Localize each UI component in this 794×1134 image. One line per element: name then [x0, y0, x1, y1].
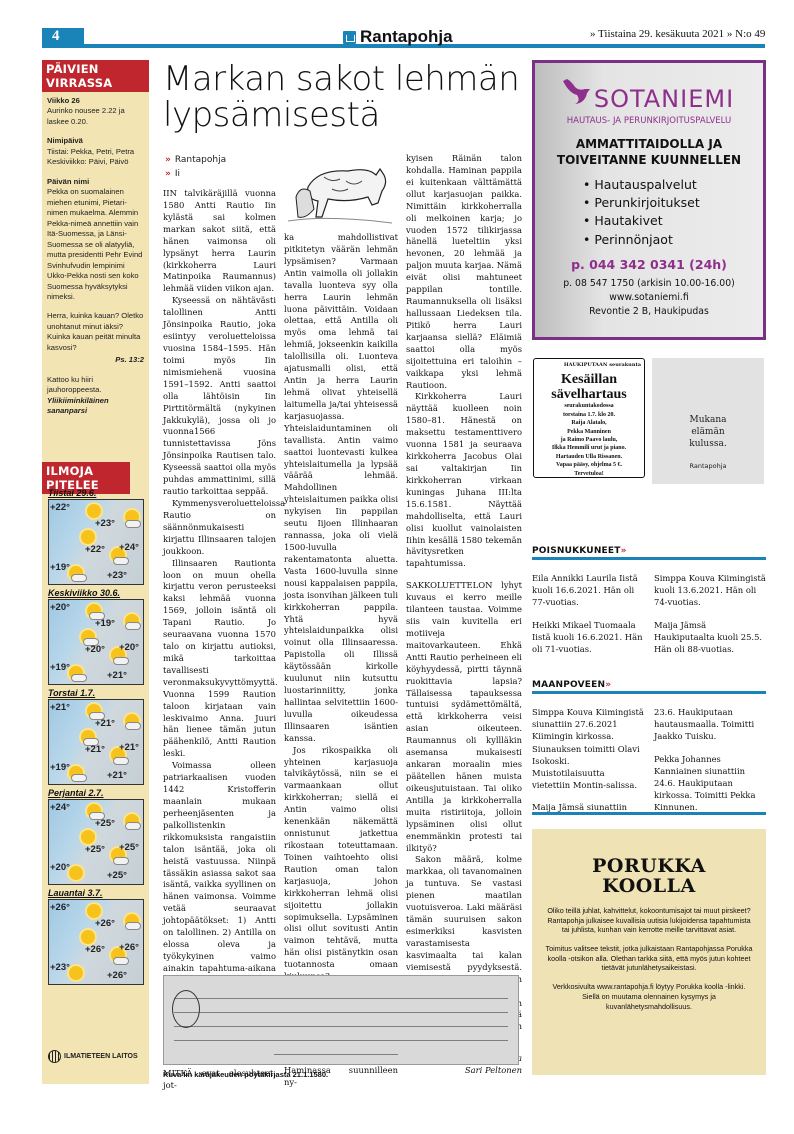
deceased-heading: POISNUKKUNEET» [532, 546, 766, 560]
temp-pudasjarvi: +23° [95, 518, 115, 529]
weather-day: Torstai 1.7. +21° +21° +21° +21° +19° +2… [42, 688, 149, 785]
logo-text: Rantapohja [360, 27, 453, 47]
house-logo-icon [343, 31, 356, 44]
cloud-icon [125, 622, 141, 630]
ad-services: Hautauspalvelut Perunkirjoitukset Hautak… [583, 176, 763, 249]
heading-text: MAANPOVEEN [532, 680, 605, 690]
weather-credit-text: ILMATIETEEN LAITOS [64, 1053, 138, 1060]
detail-line: Tervetuloa! [537, 470, 641, 478]
article-paragraph: Kirkkoherra Lauri näyttää kuolleen noin … [406, 391, 522, 570]
temp-oulu: +26° [50, 902, 70, 913]
cow-milking-illustration [288, 157, 392, 229]
detail-line: Vapaa pääsy, ohjelma 5 €. [537, 461, 641, 469]
temp-oulu: +22° [50, 502, 70, 513]
weather-map: +22° +23° +24° +22° +19° +23° [48, 499, 144, 585]
heading-text: POISNUKKUNEET [532, 546, 621, 556]
ad-slogan: AMMATTITAIDOLLA JA TOIVEITANNE KUUNNELLE… [535, 137, 763, 168]
temp-taivalkoski: +21° [119, 742, 139, 753]
byline-place: Ii [175, 169, 180, 179]
porukka-koolla-box: PORUKKA KOOLLA Oliko teillä juhlat, kahv… [532, 829, 766, 1075]
service-item: Hautakivet [583, 212, 763, 230]
detail-line: ja Raimo Paavo laulu, [537, 436, 641, 444]
nameday-heading: Nimipäivä [47, 136, 83, 145]
title-line: KOOLLA [532, 877, 766, 897]
dayname-heading: Päivän nimi [47, 177, 89, 186]
temp-oulu: +21° [50, 702, 70, 713]
nameday-wed: Keskiviikko: Päivi, Päivö [47, 157, 128, 166]
cloud-icon [71, 674, 87, 682]
cloud-icon [71, 574, 87, 582]
temp-taivalkoski: +26° [119, 942, 139, 953]
detail-line: seurakuntakodossa [537, 402, 641, 410]
temp-taivalkoski: +20° [119, 642, 139, 653]
temp-ii: +25° [85, 844, 105, 855]
dove-logo-icon [561, 79, 591, 105]
cloud-icon [113, 857, 129, 865]
temp-south: +26° [107, 970, 127, 981]
weather-credit: ILMATIETEEN LAITOS [48, 1050, 138, 1063]
byline-author: Rantapohja [175, 155, 226, 165]
house-ad-sign: Rantapohja [652, 462, 764, 470]
weather-day-label: Perjantai 2.7. [48, 788, 149, 798]
signature-line: Sari Peltonen [406, 1065, 522, 1077]
slogan-line: TOIVEITANNE KUUNNELLEN [535, 153, 763, 169]
chevron-icon: » [165, 169, 171, 179]
weather-forecast: Tiistai 29.6. +22° +23° +24° +22° +19° +… [42, 485, 149, 985]
temp-oulu: +20° [50, 602, 70, 613]
service-item: Perinnönjaot [583, 231, 763, 249]
photo-caption: Kuva Iin käräjäkeuden pöytäkirjasta 21.1… [163, 1070, 328, 1079]
cloud-icon [113, 757, 129, 765]
service-item: Hautauspalvelut [583, 176, 763, 194]
article-paragraph: Jos rikospaikka oli yhteinen karjasuoja … [284, 745, 398, 983]
temp-coast: +19° [50, 762, 70, 773]
weather-day: Perjantai 2.7. +24° +25° +25° +25° +20° … [42, 788, 149, 885]
detail-line: Raija Alatalo, [537, 419, 641, 427]
weather-map: +26° +26° +26° +26° +23° +26° [48, 899, 144, 985]
ad-rantapohja-house: Mukana elämän kulussa. Rantapohja [652, 358, 764, 484]
porukka-paragraph: Oliko teillä juhlat, kahvittelut, kokoon… [544, 906, 754, 935]
manuscript-photo [163, 975, 519, 1065]
temp-taivalkoski: +25° [119, 842, 139, 853]
weather-day-label: Tiistai 29.6. [48, 488, 149, 498]
article-paragraph: Illinsaaren Rautionta loon on muun ohell… [163, 558, 276, 761]
title-line: Kesäillan [537, 373, 641, 388]
article-paragraph: Kymmenysveroluetteloissa Rautio on säänn… [163, 498, 276, 558]
week-label: Viikko 26 [47, 96, 80, 105]
temp-pudasjarvi: +21° [95, 718, 115, 729]
temp-coast: +19° [50, 562, 70, 573]
issue-dateline: » Tiistaina 29. kesäkuuta 2021 » N:o 49 [590, 28, 765, 40]
cloud-icon [113, 557, 129, 565]
temp-south: +21° [107, 770, 127, 781]
temp-pudasjarvi: +25° [95, 818, 115, 829]
globe-logo-icon [48, 1050, 61, 1063]
chevron-icon: » [621, 546, 627, 556]
title-line: sävelhartaus [537, 388, 641, 403]
ad-subtitle: HAUTAUS- JA PERUNKIRJOITUSPALVELU [535, 116, 763, 126]
house-ad-line: kulussa. [652, 438, 764, 450]
dayname-text: Pekka on suomalainen miehen etunimi, Pie… [47, 187, 142, 301]
temp-south: +25° [107, 870, 127, 881]
temp-pudasjarvi: +19° [95, 618, 115, 629]
article-column-3: kyisen Räinän talon kohdalla. Haminan pa… [406, 153, 522, 1077]
chevron-icon: » [165, 155, 171, 165]
detail-line: Ilkka Hemmili urut ja piano. [537, 444, 641, 452]
temp-coast: +23° [50, 962, 70, 973]
sun-icon [81, 530, 95, 544]
proverb-text: Kattoo ku hiiri jauhoroppeesta. [47, 375, 101, 394]
temp-ii: +21° [85, 744, 105, 755]
temp-oulu: +24° [50, 802, 70, 813]
temp-ii: +26° [85, 944, 105, 955]
slogan-line: AMMATTITAIDOLLA JA [535, 137, 763, 153]
sidebar-paivien-virrassa: PÄIVIEN VIRRASSA Viikko 26Aurinko nousee… [42, 60, 149, 1084]
sun-icon [87, 504, 101, 518]
sun-icon [87, 904, 101, 918]
ad-phone: p. 044 342 0341 (24h) [535, 257, 763, 272]
church-org: HAUKIPUTAAN seurakunta [537, 362, 641, 368]
cloud-icon [113, 657, 129, 665]
title-line: PORUKKA [532, 857, 766, 877]
concert-title: Kesäillan sävelhartaus [537, 373, 641, 402]
cloud-icon [71, 774, 87, 782]
detail-line: torstaina 1.7. klo 20. [537, 411, 641, 419]
burial-item: 23.6. Haukiputaan hautausmaalla. Toimitt… [654, 706, 766, 743]
burial-item: Pekka Johannes Kanniainen siunattiin 24.… [654, 753, 766, 814]
detail-line: Pekka Manninen [537, 428, 641, 436]
ad-contact: p. 08 547 1750 (arkisin 10.00-16.00) www… [535, 277, 763, 319]
temp-ii: +22° [85, 544, 105, 555]
ad-church-concert[interactable]: HAUKIPUTAAN seurakunta Kesäillan sävelha… [533, 358, 645, 478]
cloud-icon [125, 822, 141, 830]
chevron-icon: » [605, 680, 611, 690]
weather-day: Keskiviikko 30.6. +20° +19° +20° +20° +1… [42, 588, 149, 685]
sun-icon [69, 966, 83, 980]
weather-day: Tiistai 29.6. +22° +23° +24° +22° +19° +… [42, 488, 149, 585]
article-paragraph: IIN talvikäräjillä vuonna 1580 Antti Rau… [163, 188, 276, 295]
temp-coast: +20° [50, 862, 70, 873]
weather-day: Lauantai 3.7. +26° +26° +26° +26° +23° +… [42, 888, 149, 985]
temp-pudasjarvi: +26° [95, 918, 115, 929]
ad-phone-office: p. 08 547 1750 (arkisin 10.00-16.00) [535, 277, 763, 291]
temp-ii: +20° [85, 644, 105, 655]
house-ad-line: Mukana [652, 414, 764, 426]
newspaper-logo: Rantapohja [343, 27, 453, 47]
weather-map: +20° +19° +20° +20° +19° +21° [48, 599, 144, 685]
cloud-icon [125, 520, 141, 528]
porukka-paragraph: Verkkosivulta www.rantapohja.fi löytyy P… [544, 982, 754, 1011]
obituary-item: Simppa Kouva Kiimingistä kuoli 13.6.2021… [654, 572, 766, 609]
sun-icon [81, 930, 95, 944]
sun-icon [69, 866, 83, 880]
weather-day-label: Torstai 1.7. [48, 688, 149, 698]
article-paragraph: Kyseessä on nähtävästi talollinen Antti … [163, 295, 276, 498]
article-byline: »Rantapohja »Ii [165, 154, 226, 181]
ad-sotaniemi[interactable]: SOTANIEMI HAUTAUS- JA PERUNKIRJOITUSPALV… [532, 60, 766, 340]
section-divider [532, 812, 766, 815]
cloud-icon [113, 957, 129, 965]
house-ad-line: elämän [652, 426, 764, 438]
obituary-item: Heikki Mikael Tuomaala Iistä kuoli 16.6.… [532, 619, 644, 656]
article-paragraph: ka mahdollistivat pitkitetyn väärän lehm… [284, 232, 398, 745]
concert-details: seurakuntakodossa torstaina 1.7. klo 20.… [537, 402, 641, 478]
article-title: Markan sakot lehmän lypsämisestä [163, 62, 523, 133]
porukka-title: PORUKKA KOOLLA [532, 857, 766, 897]
sun-times: Aurinko nousee 2.22 ja laskee 0.20. [47, 106, 125, 125]
temp-south: +23° [107, 570, 127, 581]
proverb-source: Yliikiiminkiläinen sananparsi [47, 396, 109, 415]
temp-south: +21° [107, 670, 127, 681]
article-paragraph: kyisen Räinän talon kohdalla. Haminan pa… [406, 153, 522, 391]
cloud-icon [125, 922, 141, 930]
verse-text: Herra, kuinka kauan? Oletko unohtanut mi… [47, 311, 143, 351]
weather-day-label: Lauantai 3.7. [48, 888, 149, 898]
burials-heading: MAANPOVEEN» [532, 680, 766, 694]
verse-ref: Ps. 13:2 [47, 355, 144, 365]
sidebar-heading: PÄIVIEN VIRRASSA [42, 60, 149, 92]
weather-map: +21° +21° +21° +21° +19° +21° [48, 699, 144, 785]
porukka-paragraph: Toimitus valitsee tekstit, jotka julkais… [544, 944, 754, 973]
article-column-1: IIN talvikäräjillä vuonna 1580 Antti Rau… [163, 188, 276, 1092]
temp-taivalkoski: +24° [119, 542, 139, 553]
obituary-item: Maija Jämsä Haukiputaalta kuoli 25.5. Hä… [654, 619, 766, 656]
weather-map: +24° +25° +25° +25° +20° +25° [48, 799, 144, 885]
ad-website[interactable]: www.sotaniemi.fi [535, 291, 763, 305]
nameday-tue: Tiistai: Pekka, Petri, Petra [47, 147, 134, 156]
article-paragraph: SAKKOLUETTELON lyhyt kuvaus ei kerro mei… [406, 580, 522, 854]
page-number: 4 [42, 28, 84, 45]
temp-coast: +19° [50, 662, 70, 673]
sun-icon [81, 830, 95, 844]
weather-day-label: Keskiviikko 30.6. [48, 588, 149, 598]
detail-line: Hartauden Ulla Rissanen. [537, 453, 641, 461]
deceased-section: POISNUKKUNEET» Eila Annikki Laurila Iist… [532, 546, 766, 665]
obituary-item: Eila Annikki Laurila Iistä kuoli 16.6.20… [532, 572, 644, 609]
burials-section: MAANPOVEEN» Simppa Kouva Kiimingistä siu… [532, 680, 766, 824]
article-column-2: ka mahdollistivat pitkitetyn väärän lehm… [284, 232, 398, 1088]
cloud-icon [125, 722, 141, 730]
ad-address: Revontie 2 B, Haukipudas [535, 305, 763, 319]
service-item: Perunkirjoitukset [583, 194, 763, 212]
burial-item: Simppa Kouva Kiimingistä siunattiin 27.6… [532, 706, 644, 791]
